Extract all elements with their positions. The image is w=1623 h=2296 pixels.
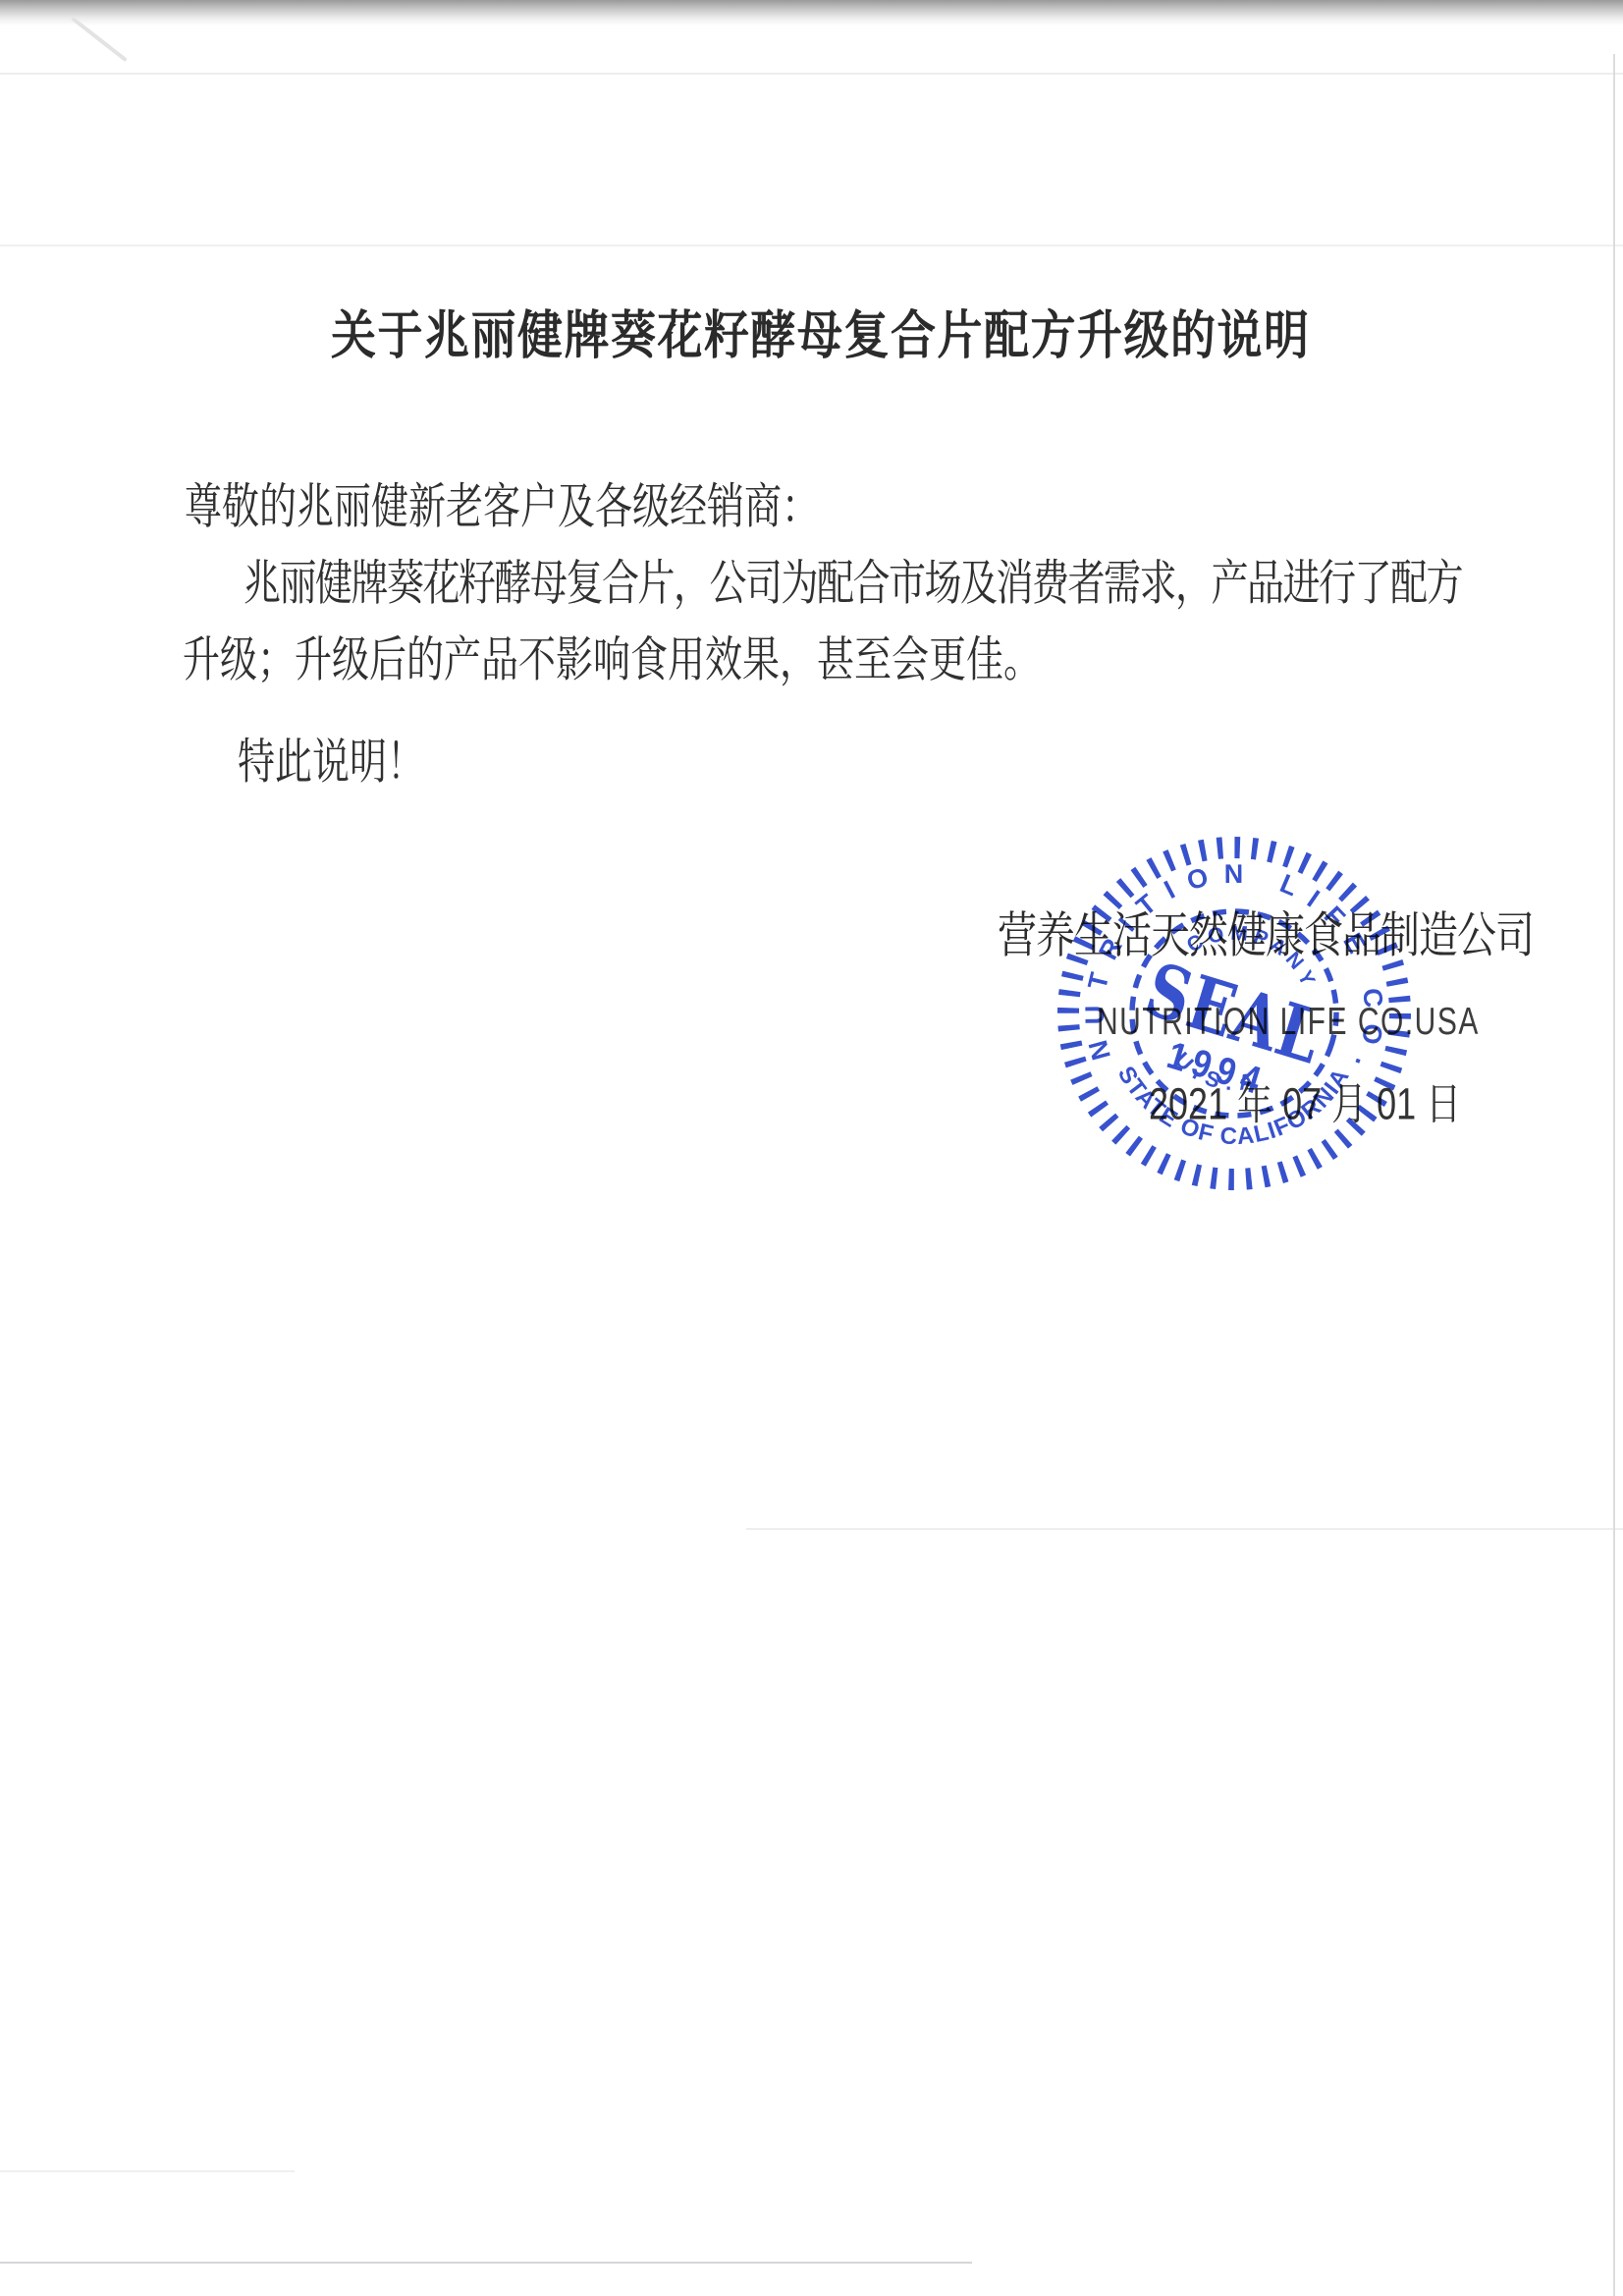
scan-page-edge-line [1613, 54, 1615, 2296]
company-seal-stamp-icon: NUTRITION LIFE CO. STATE OF CALIFORNIA C… [1057, 837, 1411, 1190]
scan-line-artifact [0, 2262, 972, 2264]
scanned-letter-page: 关于兆丽健牌葵花籽酵母复合片配方升级的说明 尊敬的兆丽健新老客户及各级经销商： … [0, 0, 1623, 2296]
scan-line-artifact [0, 2170, 295, 2172]
paragraph-line-1: 兆丽健牌葵花籽酵母复合片，公司为配合市场及消费者需求，产品进行了配方 [243, 560, 1462, 608]
scan-line-artifact [0, 245, 1623, 246]
scan-line-artifact [746, 1528, 1623, 1530]
scan-top-shadow [0, 0, 1623, 26]
scan-line-artifact [0, 73, 1623, 75]
closing-line: 特此说明！ [238, 738, 424, 787]
document-title: 关于兆丽健牌葵花籽酵母复合片配方升级的说明 [331, 310, 1311, 362]
paragraph-line-2: 升级；升级后的产品不影响食用效果，甚至会更佳。 [183, 636, 1041, 684]
greeting-line: 尊敬的兆丽健新老客户及各级经销商： [185, 483, 819, 531]
